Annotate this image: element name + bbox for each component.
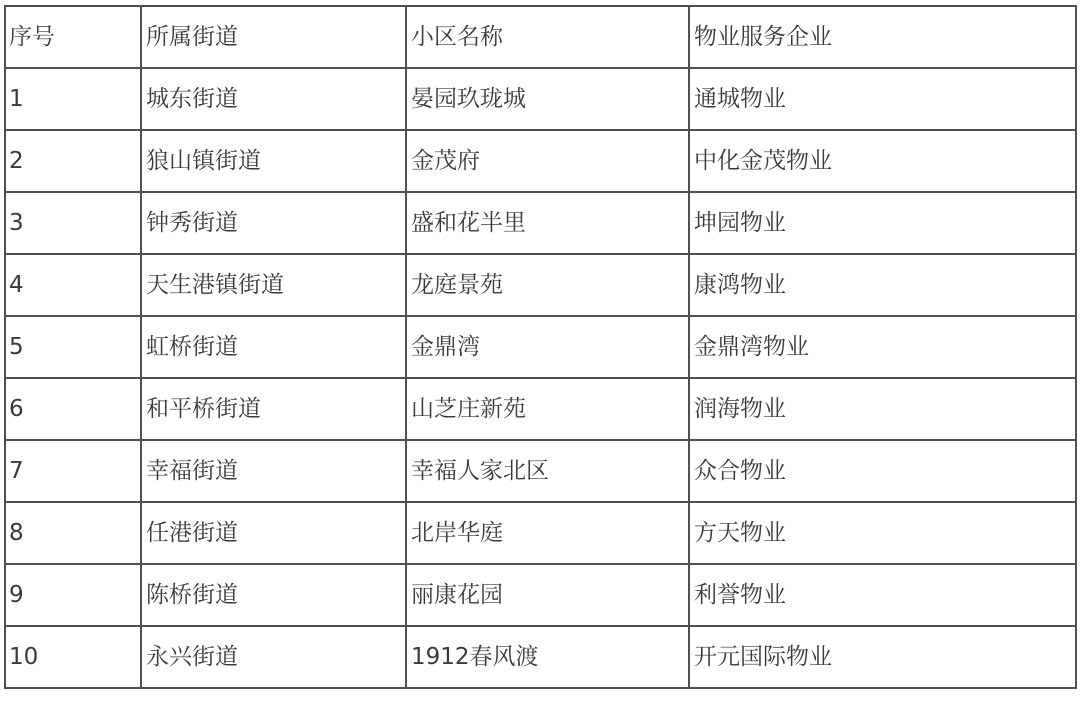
table-row: 3 钟秀街道 盛和花半里 坤园物业 — [5, 192, 1076, 254]
table-header-row: 序号 所属街道 小区名称 物业服务企业 — [5, 6, 1076, 68]
table-row: 9 陈桥街道 丽康花园 利誉物业 — [5, 564, 1076, 626]
table-row: 4 天生港镇街道 龙庭景苑 康鸿物业 — [5, 254, 1076, 316]
cell-property-company: 开元国际物业 — [689, 626, 1076, 688]
cell-property-company: 坤园物业 — [689, 192, 1076, 254]
cell-community-name: 金茂府 — [406, 130, 689, 192]
table-row: 8 任港街道 北岸华庭 方天物业 — [5, 502, 1076, 564]
cell-community-name: 盛和花半里 — [406, 192, 689, 254]
cell-street: 虹桥街道 — [141, 316, 406, 378]
cell-community-name: 丽康花园 — [406, 564, 689, 626]
cell-street: 陈桥街道 — [141, 564, 406, 626]
cell-serial-number: 2 — [5, 130, 141, 192]
cell-property-company: 中化金茂物业 — [689, 130, 1076, 192]
property-management-table: 序号 所属街道 小区名称 物业服务企业 1 城东街道 晏园玖珑城 通城物业 2 … — [4, 5, 1077, 689]
header-property-company: 物业服务企业 — [689, 6, 1076, 68]
cell-community-name: 1912春风渡 — [406, 626, 689, 688]
cell-serial-number: 6 — [5, 378, 141, 440]
cell-serial-number: 10 — [5, 626, 141, 688]
cell-property-company: 众合物业 — [689, 440, 1076, 502]
cell-property-company: 康鸿物业 — [689, 254, 1076, 316]
table-row: 10 永兴街道 1912春风渡 开元国际物业 — [5, 626, 1076, 688]
cell-property-company: 金鼎湾物业 — [689, 316, 1076, 378]
table-row: 7 幸福街道 幸福人家北区 众合物业 — [5, 440, 1076, 502]
table-row: 1 城东街道 晏园玖珑城 通城物业 — [5, 68, 1076, 130]
cell-street: 和平桥街道 — [141, 378, 406, 440]
cell-serial-number: 4 — [5, 254, 141, 316]
cell-street: 幸福街道 — [141, 440, 406, 502]
property-table-container: 序号 所属街道 小区名称 物业服务企业 1 城东街道 晏园玖珑城 通城物业 2 … — [4, 5, 1077, 689]
header-community-name: 小区名称 — [406, 6, 689, 68]
table-row: 5 虹桥街道 金鼎湾 金鼎湾物业 — [5, 316, 1076, 378]
cell-serial-number: 5 — [5, 316, 141, 378]
cell-street: 永兴街道 — [141, 626, 406, 688]
cell-community-name: 山芝庄新苑 — [406, 378, 689, 440]
header-street: 所属街道 — [141, 6, 406, 68]
cell-property-company: 润海物业 — [689, 378, 1076, 440]
cell-serial-number: 1 — [5, 68, 141, 130]
cell-street: 钟秀街道 — [141, 192, 406, 254]
cell-community-name: 晏园玖珑城 — [406, 68, 689, 130]
header-serial-number: 序号 — [5, 6, 141, 68]
cell-serial-number: 9 — [5, 564, 141, 626]
cell-serial-number: 3 — [5, 192, 141, 254]
cell-community-name: 北岸华庭 — [406, 502, 689, 564]
cell-community-name: 龙庭景苑 — [406, 254, 689, 316]
cell-street: 天生港镇街道 — [141, 254, 406, 316]
cell-community-name: 幸福人家北区 — [406, 440, 689, 502]
cell-street: 狼山镇街道 — [141, 130, 406, 192]
table-row: 6 和平桥街道 山芝庄新苑 润海物业 — [5, 378, 1076, 440]
cell-street: 任港街道 — [141, 502, 406, 564]
table-row: 2 狼山镇街道 金茂府 中化金茂物业 — [5, 130, 1076, 192]
cell-community-name: 金鼎湾 — [406, 316, 689, 378]
cell-street: 城东街道 — [141, 68, 406, 130]
cell-property-company: 通城物业 — [689, 68, 1076, 130]
cell-property-company: 方天物业 — [689, 502, 1076, 564]
cell-property-company: 利誉物业 — [689, 564, 1076, 626]
cell-serial-number: 8 — [5, 502, 141, 564]
cell-serial-number: 7 — [5, 440, 141, 502]
